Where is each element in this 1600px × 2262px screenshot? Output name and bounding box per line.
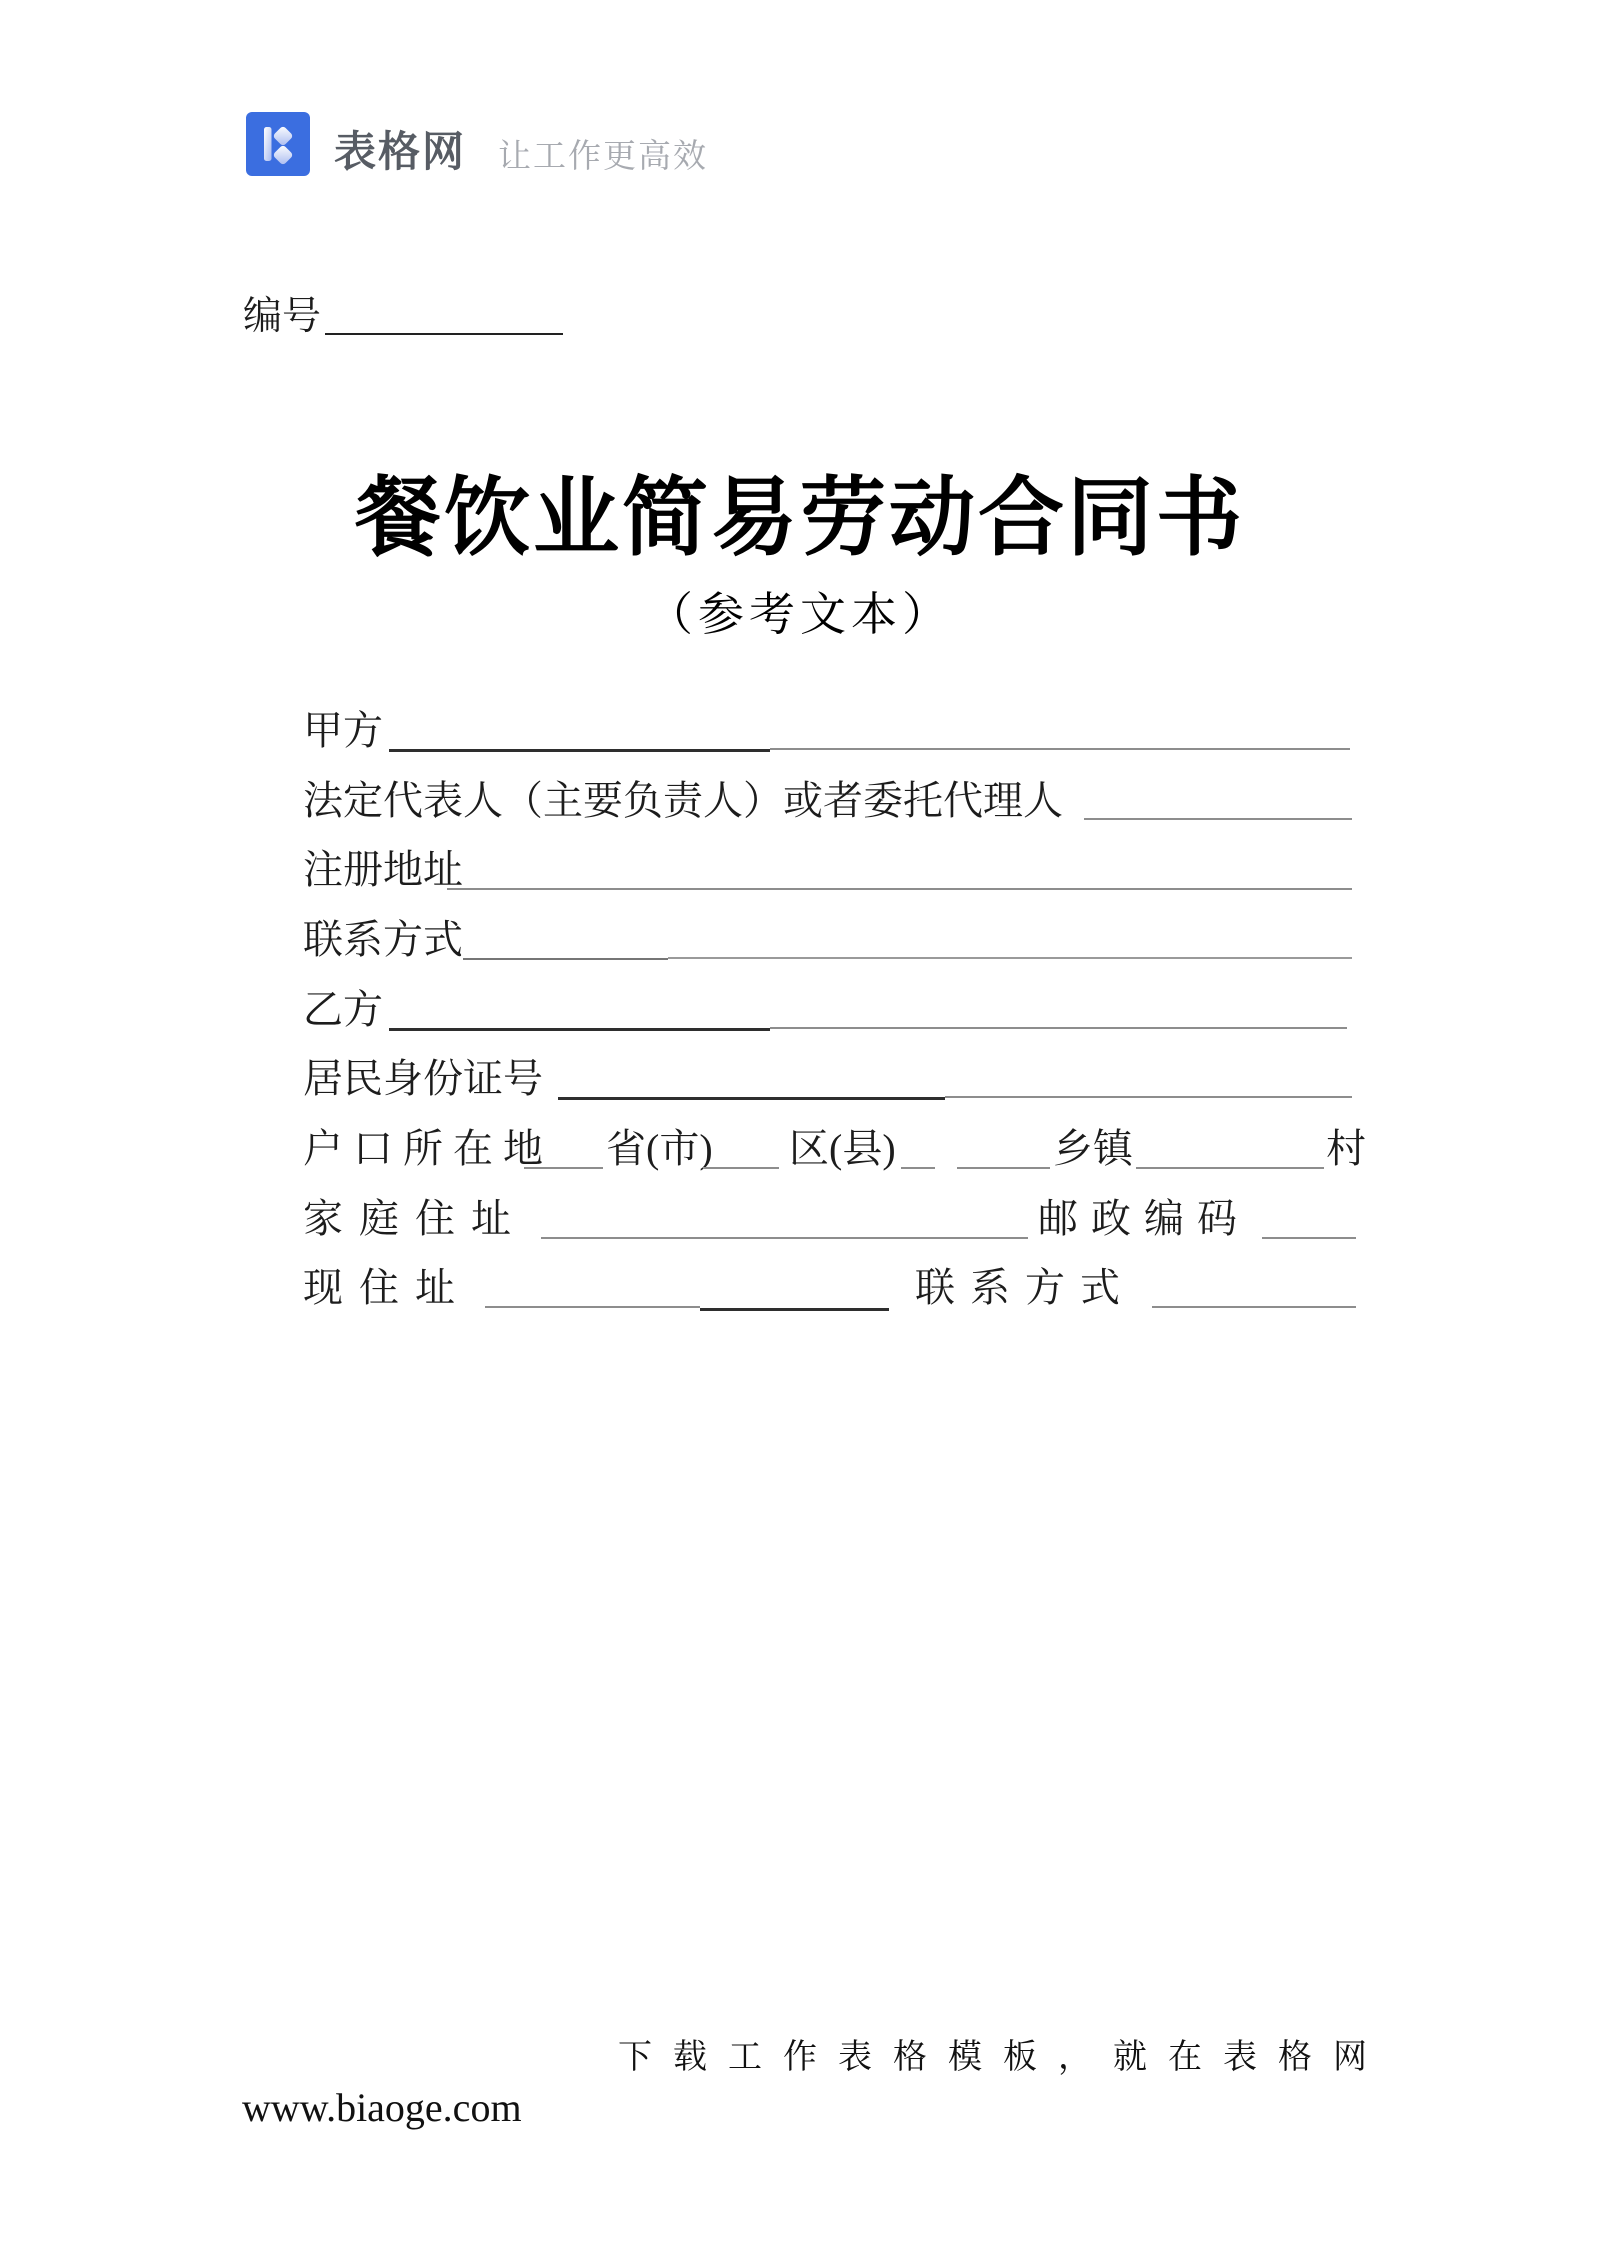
blank-underline [1262, 1237, 1356, 1239]
blank-underline [447, 888, 1352, 890]
blank-underline [770, 1027, 1347, 1029]
page-subtitle: （参考文本） [0, 588, 1600, 642]
blank-underline [1152, 1306, 1356, 1308]
hukou-village-label: 村 [1326, 1126, 1366, 1172]
hukou-district-label: 区(县) [789, 1126, 896, 1172]
document-number-blank [325, 333, 563, 335]
legal-rep-label: 法定代表人（主要负责人）或者委托代理人 [303, 778, 1063, 824]
blank-underline [703, 1167, 779, 1169]
hukou-province-label: 省(市) [606, 1126, 713, 1172]
biaoge-logo-icon [246, 112, 310, 176]
blank-underline [389, 749, 770, 752]
current-address-label: 现住址 [303, 1265, 471, 1311]
blank-underline [389, 1028, 770, 1031]
blank-underline [770, 748, 1350, 750]
postal-code-label: 邮政编码 [1038, 1196, 1250, 1242]
blank-underline [700, 1308, 889, 1311]
hukou-township-label: 乡镇 [1053, 1126, 1133, 1172]
reg-address-label: 注册地址 [303, 847, 463, 893]
blank-underline [541, 1237, 1028, 1239]
blank-underline [485, 1306, 700, 1308]
blank-underline [524, 1167, 603, 1169]
page-title: 餐饮业简易劳动合同书 [0, 468, 1600, 568]
contract-document-page: 表格网 让工作更高效 编号 餐饮业简易劳动合同书 （参考文本） 甲方 法定代表人… [0, 0, 1600, 2262]
home-address-label: 家庭住址 [303, 1196, 527, 1242]
logo-diamond-icon [246, 112, 310, 176]
party-b-label: 乙方 [303, 987, 383, 1033]
blank-underline [1084, 818, 1352, 820]
blank-underline [1136, 1167, 1324, 1169]
id-number-label: 居民身份证号 [303, 1056, 543, 1102]
blank-underline [957, 1167, 1050, 1169]
document-number-label: 编号 [243, 296, 321, 338]
blank-underline [463, 958, 668, 960]
blank-underline [945, 1096, 1352, 1098]
blank-underline [668, 957, 1352, 959]
contact-b-label: 联系方式 [915, 1265, 1135, 1311]
contact-a-label: 联系方式 [303, 917, 463, 963]
footer-slogan: 下载工作表格模板，就在表格网 [618, 2038, 1388, 2078]
brand-tagline: 让工作更高效 [498, 138, 708, 174]
brand-name: 表格网 [334, 130, 466, 174]
blank-underline [558, 1097, 945, 1100]
party-a-label: 甲方 [303, 708, 383, 754]
footer-website: www.biaoge.com [242, 2086, 522, 2130]
hukou-label: 户口所在地 [303, 1126, 553, 1172]
blank-underline [901, 1167, 935, 1169]
